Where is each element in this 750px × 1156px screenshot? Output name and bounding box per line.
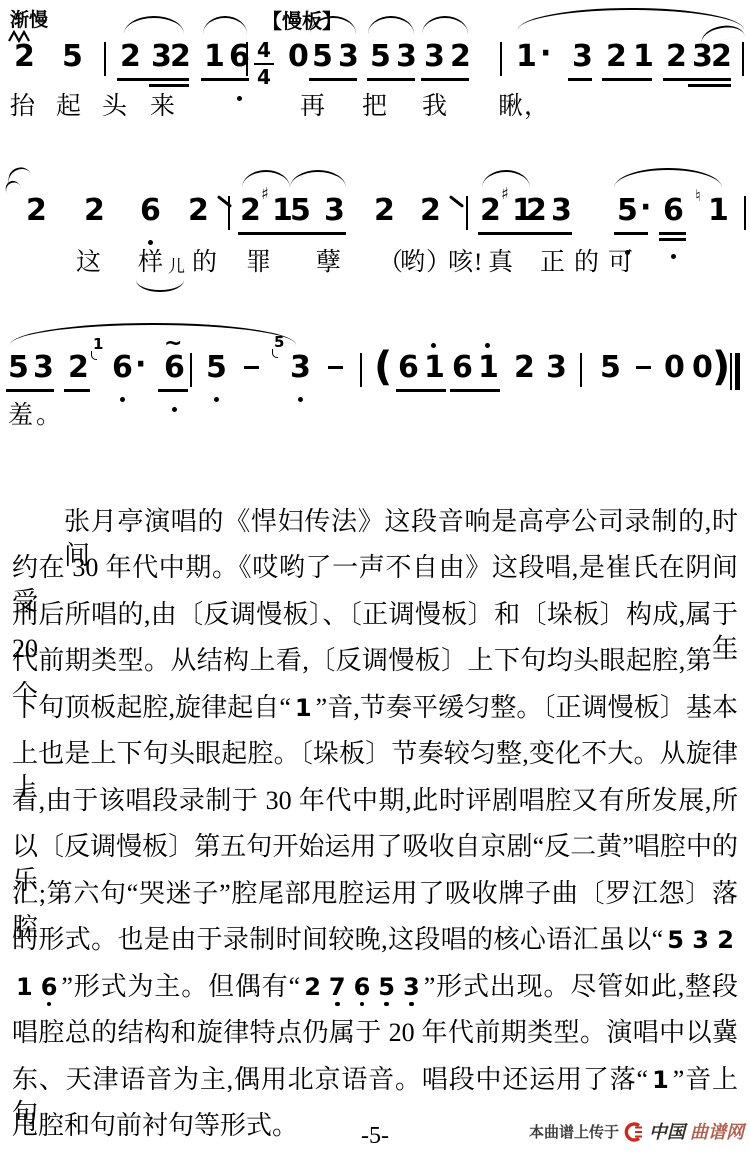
- low-octave-dot: [120, 397, 125, 402]
- text-segment: 唱腔总的结构和旋律特点仍属于 20 年代前期类型。演唱中以冀: [12, 1018, 738, 1047]
- text-segment: 7: [329, 975, 346, 999]
- slur-arc: [422, 16, 468, 34]
- music-note: 3: [692, 42, 713, 72]
- article-line-10: 的形式。也是由于录制时间较晚,这段唱的核心语汇虽以“5 3 2: [12, 923, 738, 957]
- music-note: 6: [112, 353, 133, 383]
- music-note: 3: [424, 42, 445, 72]
- glissando-mark: [449, 195, 464, 208]
- music-note: 2: [450, 42, 471, 72]
- lyric-char: 把: [362, 94, 387, 119]
- barline: [742, 42, 744, 76]
- music-note: 5: [312, 42, 333, 72]
- lyric-char: 来: [150, 94, 175, 119]
- beam-line: [6, 389, 54, 392]
- music-note: 2: [526, 196, 547, 226]
- music-note: 0: [692, 353, 713, 383]
- music-note: 2: [188, 196, 209, 226]
- high-octave-dot: [485, 343, 490, 348]
- music-note: 2: [374, 196, 395, 226]
- text-segment: 2: [304, 975, 321, 999]
- dash-note: [244, 366, 259, 369]
- lyric-char: !: [474, 250, 482, 275]
- lyric-char: 样: [138, 250, 163, 275]
- music-note: 5: [62, 42, 83, 72]
- article-line-7: 看,由于该唱段录制于 30 年代中期,此时评剧唱腔又有所发展,所: [12, 784, 738, 818]
- beam-line: [450, 389, 500, 392]
- lyric-char: 起: [56, 94, 81, 119]
- dash-note: [328, 366, 343, 369]
- slur-arc: [242, 170, 290, 188]
- low-octave-dot: [671, 254, 676, 259]
- music-note: 6: [663, 196, 684, 226]
- lyric-char: 咳: [448, 250, 473, 275]
- lyric-char: 。: [36, 403, 61, 428]
- barline: [228, 196, 230, 230]
- text-segment: 6: [41, 975, 58, 999]
- slur-arc: [614, 168, 722, 188]
- music-note: 6: [398, 353, 419, 383]
- text-segment: 看,由于该唱段录制于 30 年代中期,此时评剧唱腔又有所发展,所: [12, 786, 738, 815]
- lyric-char: 羞: [8, 403, 33, 428]
- watermark-prefix: 本曲谱上传于: [529, 1121, 619, 1142]
- beam-line: [117, 78, 189, 81]
- music-note: 1: [708, 196, 729, 226]
- article-line-11: 16”形式为主。但偶有“27653”形式出现。尽管如此,整段: [12, 970, 738, 1004]
- site-name-part2: 曲谱网: [690, 1123, 744, 1141]
- watermark: 本曲谱上传于 中国 曲谱网: [529, 1121, 744, 1142]
- accidental: ♯: [501, 186, 509, 202]
- high-octave-dot: [431, 343, 436, 348]
- music-note: 2: [666, 42, 687, 72]
- dash-note: [636, 366, 651, 369]
- beam-line: [614, 232, 648, 235]
- text-segment: 1: [652, 1068, 669, 1092]
- parenthesis: (: [374, 347, 392, 387]
- beam-line: [367, 78, 415, 81]
- time-signature: 44: [252, 40, 276, 87]
- barline: [744, 196, 746, 230]
- final-bar-thin: [730, 353, 732, 390]
- barline: [466, 196, 468, 230]
- music-line-2: 22622♯153222♯1235·6♮1这样儿的罪孽（哟）咳!真正的可: [0, 196, 750, 311]
- music-note: 2: [170, 42, 191, 72]
- music-note: 1: [478, 353, 499, 383]
- beam-line: [286, 232, 346, 235]
- low-octave-dot: [172, 407, 177, 412]
- beam-line: [659, 232, 686, 235]
- low-octave-dot: [237, 96, 242, 101]
- augmentation-dot: ·: [135, 350, 146, 380]
- beam-line: [663, 78, 731, 81]
- lyric-char: 瞅: [498, 94, 523, 119]
- music-note: 2: [606, 42, 627, 72]
- lyric-char: 再: [300, 94, 325, 119]
- article-line-12: 唱腔总的结构和旋律特点仍属于 20 年代前期类型。演唱中以冀: [12, 1016, 738, 1050]
- music-note: 5: [8, 353, 29, 383]
- music-note: 1: [633, 42, 654, 72]
- text-segment: 1: [295, 696, 312, 720]
- barline: [104, 42, 106, 76]
- lyric-char: 的: [192, 250, 217, 275]
- music-note: 3: [151, 42, 172, 72]
- lyric-char: 可: [608, 250, 633, 275]
- slur-arc: [482, 170, 530, 188]
- music-note: 2: [68, 353, 89, 383]
- beam-line: [201, 78, 249, 81]
- text-segment: ”形式出现。尽管如此,整段: [424, 972, 738, 1001]
- lyric-char: 罪: [246, 250, 271, 275]
- lyric-char: 这: [76, 250, 101, 275]
- music-note: 3: [33, 353, 54, 383]
- music-note: 1: [424, 353, 445, 383]
- music-note: 5: [290, 196, 311, 226]
- lyric-char: 哟: [400, 250, 425, 275]
- under-slur: [136, 280, 184, 292]
- final-barline: [730, 353, 740, 390]
- site-logo-icon: [624, 1122, 644, 1142]
- parenthesis: ): [712, 347, 730, 387]
- final-bar-thick: [735, 353, 740, 390]
- accidental: ♯: [261, 186, 269, 202]
- music-note: 6: [452, 353, 473, 383]
- music-note: 5: [600, 353, 621, 383]
- music-note: 2: [84, 196, 105, 226]
- slur-arc: [518, 8, 744, 30]
- beam-line: [238, 232, 292, 235]
- slur-arc: [10, 323, 296, 345]
- beam-line: [396, 389, 446, 392]
- low-octave-dot: [148, 240, 153, 245]
- music-note: 3: [324, 196, 345, 226]
- slur-arc: [368, 16, 414, 34]
- beam-line: [524, 232, 572, 235]
- music-note: 1: [204, 42, 225, 72]
- text-segment: 6: [354, 975, 371, 999]
- music-note: 2: [14, 42, 35, 72]
- site-name-part1: 中国: [649, 1123, 685, 1141]
- lyric-char: ，: [524, 94, 549, 119]
- low-octave-dot: [214, 397, 219, 402]
- slur-arc: [3, 178, 22, 194]
- accidental: ♮: [695, 188, 701, 204]
- music-note: 2: [26, 196, 47, 226]
- lyric-char: 孽: [316, 250, 341, 275]
- music-note: 5: [206, 353, 227, 383]
- text-segment: 东、天津语音为主,偶用北京语音。唱段中还运用了落“: [12, 1065, 648, 1094]
- music-note: 3: [546, 353, 567, 383]
- barline: [360, 353, 362, 387]
- slur-arc: [290, 170, 346, 188]
- barline: [580, 353, 582, 387]
- beam-line: [158, 389, 188, 392]
- beam-line: [659, 238, 686, 241]
- text-segment: 5 3 2: [667, 928, 734, 952]
- music-note: 0: [288, 42, 309, 72]
- music-note: 5: [617, 196, 638, 226]
- barline: [246, 42, 248, 76]
- music-note: 3: [338, 42, 359, 72]
- music-line-3: 53216·~6553(616123500)羞。: [0, 353, 750, 468]
- beam-line: [64, 389, 90, 392]
- music-note: 3: [572, 42, 593, 72]
- lyric-char: 我: [422, 94, 447, 119]
- music-note: 2: [120, 42, 141, 72]
- text-segment: ”音,节奏平缓匀整。〔正调慢板〕基本: [316, 693, 738, 722]
- music-note: 3: [396, 42, 417, 72]
- music-note: 2: [240, 196, 261, 226]
- augmentation-dot: ·: [640, 193, 651, 223]
- text-segment: ”形式为主。但偶有“: [61, 972, 300, 1001]
- slur-arc: [124, 16, 184, 34]
- augmentation-dot: ·: [540, 39, 551, 69]
- beam-line: [568, 78, 592, 81]
- text-segment: 的形式。也是由于录制时间较晚,这段唱的核心语汇虽以“: [12, 925, 663, 954]
- barline: [500, 42, 502, 76]
- beam-line: [309, 78, 357, 81]
- beam-line: [421, 78, 469, 81]
- lyric-char: 正: [540, 250, 565, 275]
- slur-arc: [203, 16, 247, 34]
- music-note: 2: [711, 42, 732, 72]
- music-note: 3: [290, 353, 311, 383]
- music-note: 2: [420, 196, 441, 226]
- music-line-1: 25232164405353321·321232抬起头来再把我瞅，: [0, 42, 750, 157]
- beam-line: [149, 84, 189, 87]
- barline: [190, 353, 192, 387]
- lyric-char: 儿: [168, 258, 185, 275]
- article-line-5: 下句顶板起腔,旋律起自“1”音,节奏平缓匀整。〔正调慢板〕基本: [12, 691, 738, 725]
- music-note: 6: [164, 353, 185, 383]
- beam-line: [688, 84, 731, 87]
- text-segment: 3: [403, 975, 420, 999]
- text-segment: 1: [16, 975, 33, 999]
- lyric-char: 头: [102, 94, 127, 119]
- music-note: 2: [514, 353, 535, 383]
- ts-numerator: 4: [257, 40, 271, 60]
- text-segment: 下句顶板起腔,旋律起自“: [12, 693, 291, 722]
- text-segment: 5: [378, 975, 395, 999]
- lyric-char: 的: [574, 250, 599, 275]
- music-note: 5: [370, 42, 391, 72]
- score-page: 渐慢 【慢板】 25232164405353321·321232抬起头来再把我瞅…: [0, 0, 750, 1156]
- music-note: 6: [140, 196, 161, 226]
- music-note: 3: [551, 196, 572, 226]
- music-note: 0: [664, 353, 685, 383]
- lyric-char: 抬: [10, 94, 35, 119]
- tempo-label: 渐慢: [10, 5, 48, 32]
- music-note: 1: [516, 42, 537, 72]
- ts-denominator: 4: [257, 67, 271, 87]
- beam-line: [602, 78, 652, 81]
- low-octave-dot: [298, 397, 303, 402]
- music-note: 2: [480, 196, 501, 226]
- lyric-char: 真: [488, 250, 513, 275]
